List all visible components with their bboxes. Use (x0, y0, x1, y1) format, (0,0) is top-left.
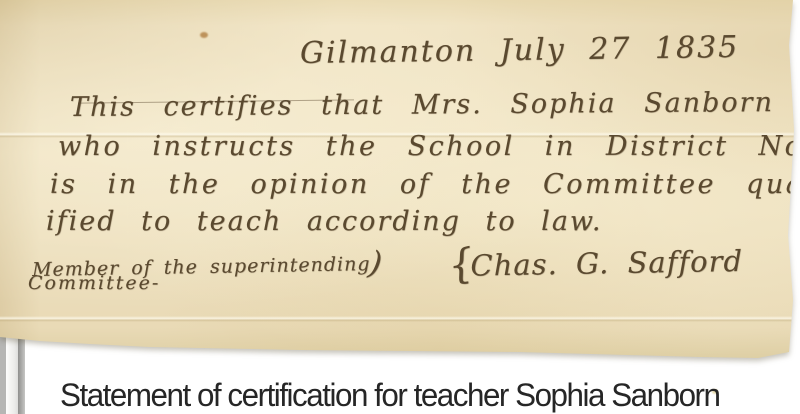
signature-text: Chas. G. Safford (470, 244, 743, 283)
paper-stain-speck (200, 32, 208, 38)
handwritten-letter-paper: Gilmanton July 27 1835 This certifies th… (0, 0, 800, 364)
handwriting-signature: {Chas. G. Safford (448, 235, 744, 286)
handwriting-dateline: Gilmanton July 27 1835 (300, 30, 740, 71)
role-flourish-mark: ) (367, 243, 386, 283)
document-caption: Statement of certification for teacher S… (60, 377, 719, 414)
handwriting-role-line-2: Committee- (28, 272, 160, 294)
handwriting-body-line-1: This certifies that Mrs. Sophia Sanborn (70, 87, 774, 123)
scanned-document-page: Gilmanton July 27 1835 This certifies th… (0, 0, 800, 414)
paper-shadow-wrap: Gilmanton July 27 1835 This certifies th… (0, 0, 800, 364)
handwriting-body-line-3: is in the opinion of the Committee qual (50, 169, 800, 200)
signature-flourish-mark: { (445, 240, 478, 290)
handwriting-body-line-2: who instructs the School in District No.… (58, 131, 800, 162)
paper-fold-crease-bottom (0, 316, 800, 322)
handwriting-body-line-4: ified to teach according to law. (46, 206, 602, 237)
